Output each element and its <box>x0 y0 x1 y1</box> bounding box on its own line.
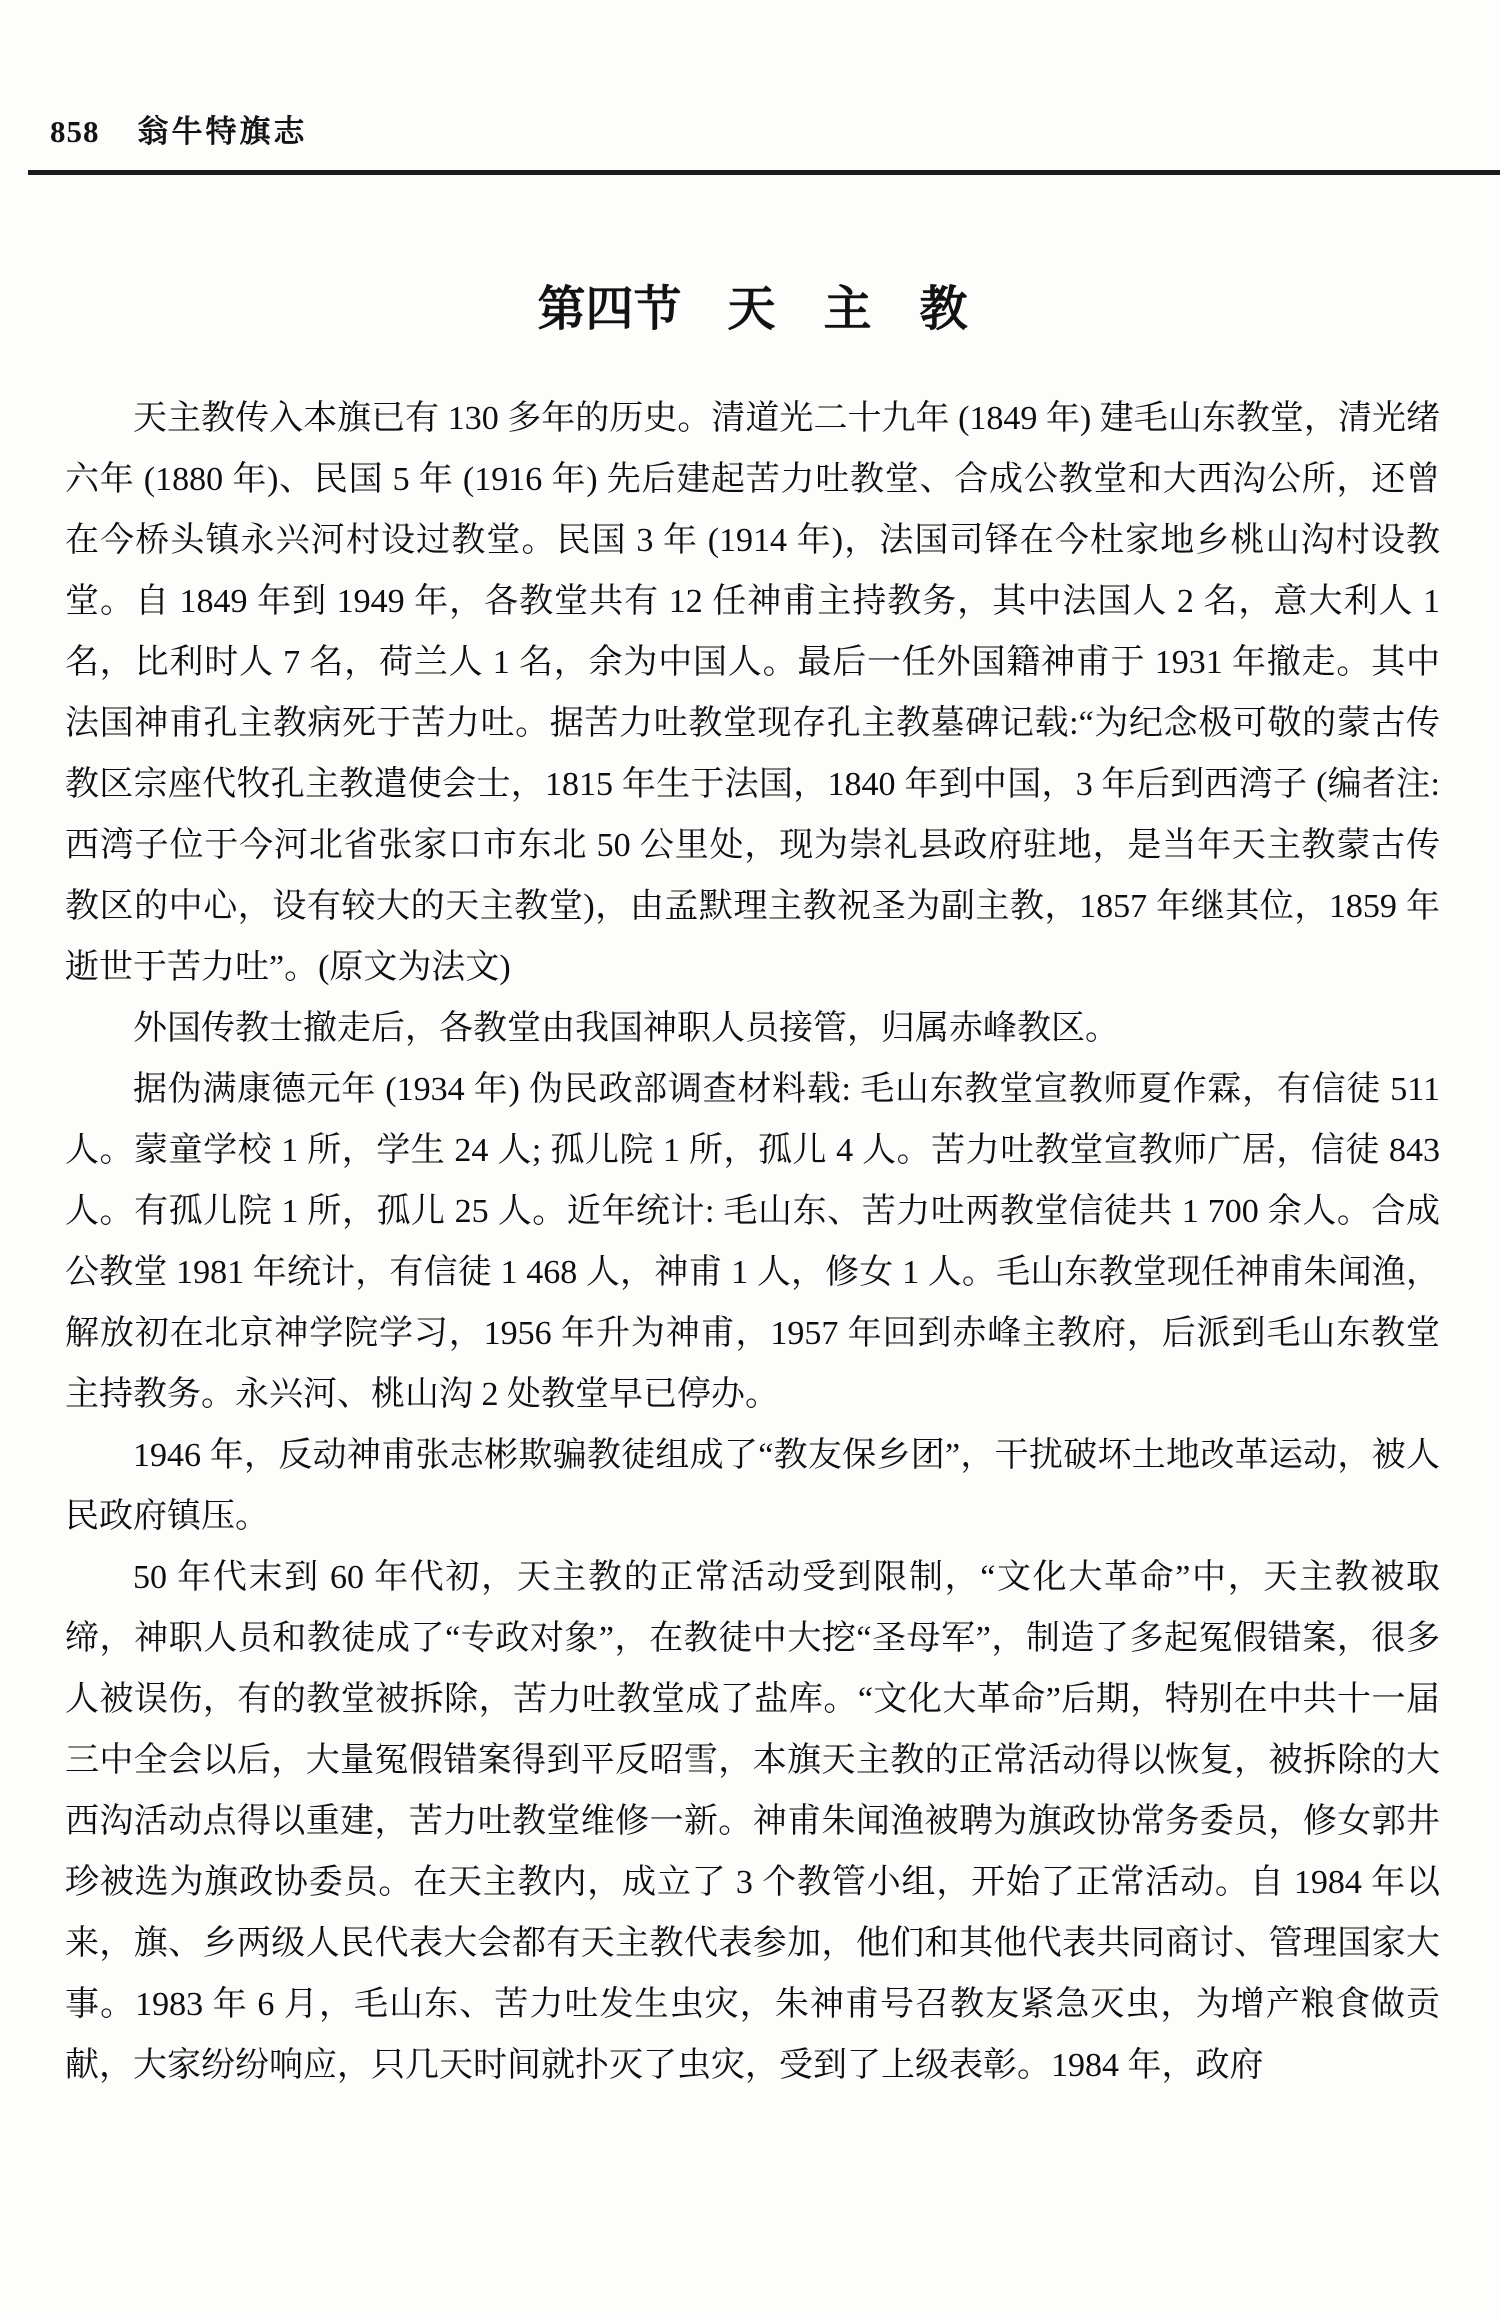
header-divider-rule <box>28 170 1500 175</box>
paragraph: 天主教传入本旗已有 130 多年的历史。清道光二十九年 (1849 年) 建毛山… <box>65 388 1440 998</box>
paragraph: 外国传教士撤走后，各教堂由我国神职人员接管，归属赤峰教区。 <box>65 998 1440 1059</box>
section-title: 第四节天 主 教 <box>65 280 1440 340</box>
body-text: 天主教传入本旗已有 130 多年的历史。清道光二十九年 (1849 年) 建毛山… <box>65 388 1440 2096</box>
page-number: 858 <box>50 114 100 150</box>
paragraph: 据伪满康德元年 (1934 年) 伪民政部调查材料载: 毛山东教堂宣教师夏作霖，… <box>65 1059 1440 1425</box>
running-header: 858 翁牛特旗志 <box>50 106 308 151</box>
section-title-name: 天 主 教 <box>728 283 968 336</box>
paragraph: 50 年代末到 60 年代初，天主教的正常活动受到限制，“文化大革命”中，天主教… <box>65 1547 1440 2096</box>
section-title-label: 第四节 <box>537 283 681 336</box>
scanned-book-page: 858 翁牛特旗志 第四节天 主 教 天主教传入本旗已有 130 多年的历史。清… <box>0 0 1500 2319</box>
book-title: 翁牛特旗志 <box>138 106 308 151</box>
paragraph: 1946 年，反动神甫张志彬欺骗教徒组成了“教友保乡团”，干扰破坏土地改革运动，… <box>65 1425 1440 1547</box>
